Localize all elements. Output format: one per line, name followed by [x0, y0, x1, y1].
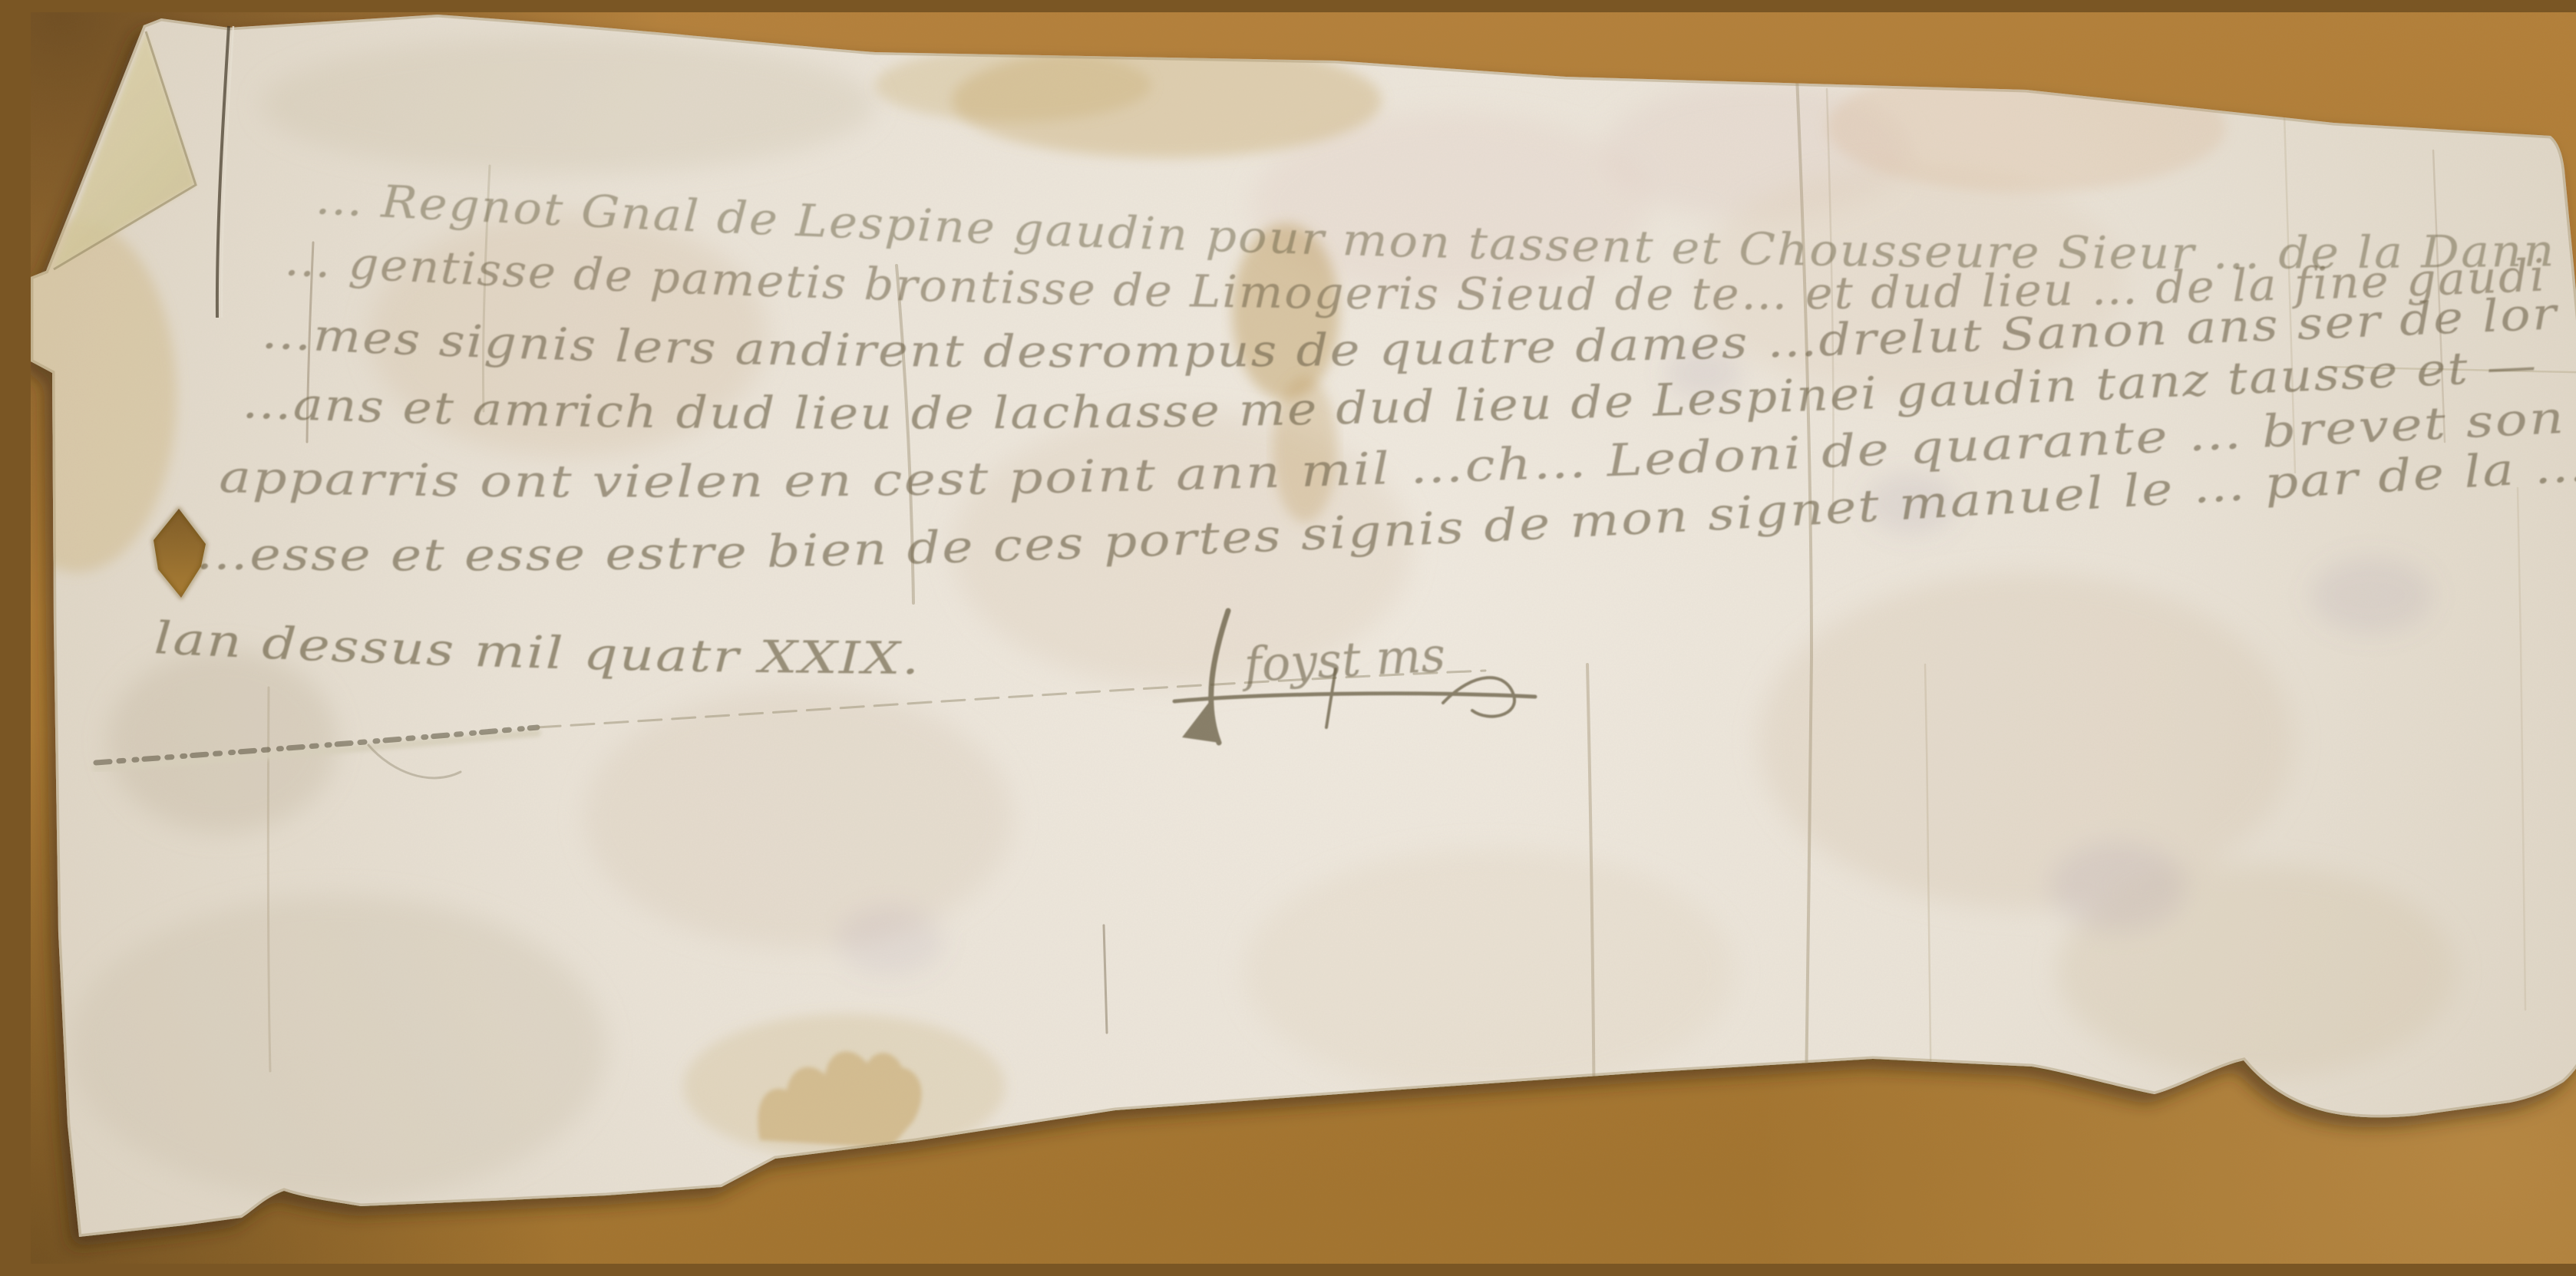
photo-canvas: … Regnot Gnal de Lespine gaudin pour mon…	[31, 12, 2576, 1264]
manuscript-photo: … Regnot Gnal de Lespine gaudin pour mon…	[31, 12, 2576, 1264]
photo-grain	[31, 12, 2576, 1264]
